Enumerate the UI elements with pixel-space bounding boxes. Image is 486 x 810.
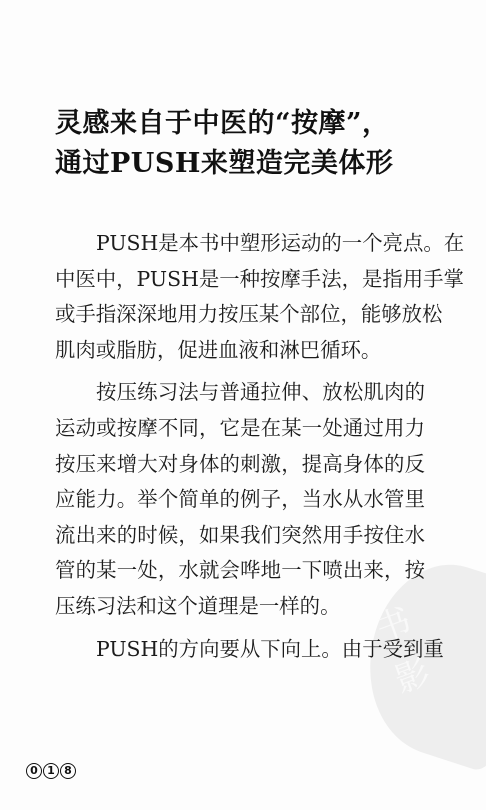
- paragraph-3: PUSH的方向要从下向上。由于受到重: [55, 632, 425, 668]
- page-number-digit: 8: [60, 763, 76, 779]
- text-line: 或手指深深地用力按压某个部位，能够放松: [55, 297, 425, 333]
- book-page: 书 影 灵感来自于中医的“按摩”， 通过PUSH来塑造完美体形 PUSH是本书中…: [0, 0, 486, 810]
- text-line: 管的某一处，水就会哗地一下喷出来，按: [55, 553, 425, 589]
- page-number-digit: 0: [26, 763, 42, 779]
- text-line: 肌肉或脂肪，促进血液和淋巴循环。: [55, 333, 425, 369]
- page-title: 灵感来自于中医的“按摩”， 通过PUSH来塑造完美体形: [55, 104, 475, 184]
- body-text: PUSH是本书中塑形运动的一个亮点。在 中医中，PUSH是一种按摩手法，是指用手…: [55, 226, 425, 674]
- text-line: 按压练习法与普通拉伸、放松肌肉的: [55, 375, 425, 411]
- title-line-1: 灵感来自于中医的“按摩”，: [55, 104, 475, 144]
- text-line: 中医中，PUSH是一种按摩手法，是指用手掌: [55, 262, 425, 298]
- text-line: 压练习法和这个道理是一样的。: [55, 589, 425, 625]
- text-line: 运动或按摩不同，它是在某一处通过用力: [55, 411, 425, 447]
- page-number-digit: 1: [43, 763, 59, 779]
- text-line: PUSH的方向要从下向上。由于受到重: [55, 632, 425, 668]
- text-line: 应能力。举个简单的例子，当水从水管里: [55, 482, 425, 518]
- paragraph-1: PUSH是本书中塑形运动的一个亮点。在 中医中，PUSH是一种按摩手法，是指用手…: [55, 226, 425, 368]
- text-line: 按压来增大对身体的刺激，提高身体的反: [55, 447, 425, 483]
- text-line: 流出来的时候，如果我们突然用手按住水: [55, 518, 425, 554]
- text-line: PUSH是本书中塑形运动的一个亮点。在: [55, 226, 425, 262]
- title-line-2: 通过PUSH来塑造完美体形: [55, 144, 475, 184]
- paragraph-2: 按压练习法与普通拉伸、放松肌肉的 运动或按摩不同，它是在某一处通过用力 按压来增…: [55, 375, 425, 624]
- page-number: 0 1 8: [26, 763, 76, 779]
